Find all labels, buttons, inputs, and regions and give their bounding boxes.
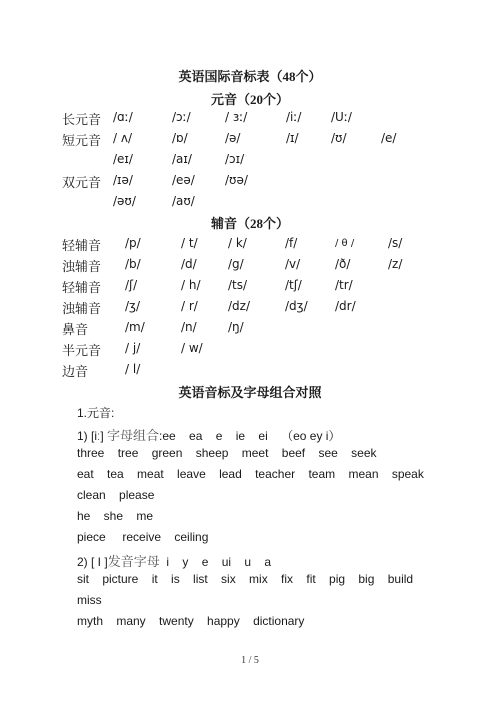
phoneme: /ɪ/ [286,131,299,145]
phoneme: /p/ [125,236,141,250]
phoneme: /ð/ [335,257,350,271]
word-line: myth many twenty happy dictionary [77,614,304,628]
consonants-heading: 辅音（28个） [0,213,500,232]
phoneme: / ʌ/ [113,131,132,145]
phoneme: /iː/ [286,110,301,124]
row-label: 短元音 [62,130,101,149]
phoneme: /ɪə/ [113,173,133,187]
vowels-heading: 元音（20个） [0,89,500,108]
item1-ipa: 1) [iː] [77,429,104,443]
phoneme: /eɪ/ [113,152,133,166]
phoneme: / w/ [181,341,203,355]
phoneme: / t/ [181,236,198,250]
phoneme: /ʊ/ [331,131,347,145]
phoneme: /ʒ/ [125,299,140,313]
row-label: 轻辅音 [62,277,101,296]
phoneme: /ɒ/ [172,131,188,145]
phoneme: /əʊ/ [113,194,136,208]
row-label: 边音 [62,361,88,380]
phoneme: /s/ [388,236,402,250]
phoneme: /m/ [125,320,145,334]
phoneme: /ŋ/ [228,320,244,334]
phoneme: / j/ [125,341,140,355]
row-label: 浊辅音 [62,256,101,275]
phoneme: /e/ [381,131,396,145]
phoneme: /dʒ/ [285,299,308,313]
word-line: three tree green sheep meet beef see see… [77,446,377,460]
phoneme: /ɔː/ [172,110,191,124]
word-line: he she me [77,509,153,523]
row-label: 轻辅音 [62,235,101,254]
phoneme: /aɪ/ [172,152,192,166]
phoneme: / l/ [125,362,140,376]
phoneme: /d/ [181,257,197,271]
subsection-title: 1.元音: [77,404,114,421]
phoneme: /f/ [285,236,297,250]
phoneme: /g/ [228,257,244,271]
row-label: 半元音 [62,340,101,359]
row-label: 长元音 [62,109,101,128]
phoneme: /ʃ/ [125,278,137,292]
phoneme: /ʊə/ [225,173,248,187]
phoneme: /dz/ [228,299,250,313]
row-label: 鼻音 [62,319,88,338]
phoneme: /Uː/ [331,110,352,124]
phoneme: /tʃ/ [285,278,302,292]
phoneme: /ɑː/ [113,110,133,124]
phoneme: /ɔɪ/ [225,152,244,166]
phoneme: / k/ [228,236,247,250]
item1-label: 字母组合 [107,428,159,443]
phoneme: /n/ [181,320,197,334]
phoneme: /aʊ/ [172,194,195,208]
word-line: clean please [77,488,154,502]
section2-heading: 英语音标及字母组合对照 [0,382,500,401]
word-line: sit picture it is list six mix fix fit p… [77,572,413,586]
phoneme: / r/ [181,299,198,313]
phoneme: / θ / [335,238,354,249]
subsection-text: 1.元音: [77,406,114,420]
page-title: 英语国际音标表（48个） [0,66,500,85]
phoneme: /z/ [388,257,402,271]
phoneme: /v/ [285,257,300,271]
item2-header: 2) [ I ]发音字母 i y e ui u a [77,551,271,570]
phoneme: /tr/ [335,278,353,292]
phoneme: /eə/ [172,173,195,187]
phoneme: / ɜː/ [225,110,247,124]
word-line: miss [77,593,102,607]
word-line: eat tea meat leave lead teacher team mea… [77,467,424,481]
word-line: piece receive ceiling [77,530,208,544]
item1-header: 1) [iː] 字母组合:ee ea e ie ei （eo ey i） [77,425,340,444]
row-label: 双元音 [62,172,101,191]
page-number: 1 / 5 [0,655,500,666]
phoneme: /ts/ [228,278,247,292]
phoneme: /b/ [125,257,141,271]
phoneme: /dr/ [335,299,356,313]
item2-label: 发音字母 [108,554,160,569]
row-label: 浊辅音 [62,298,101,317]
item2-ipa: 2) [ I ] [77,555,108,569]
phoneme: /ə/ [225,131,240,145]
item1-letters: :ee ea e ie ei （eo ey i） [159,429,340,443]
item2-letters: i y e ui u a [160,555,271,569]
phoneme: / h/ [181,278,201,292]
